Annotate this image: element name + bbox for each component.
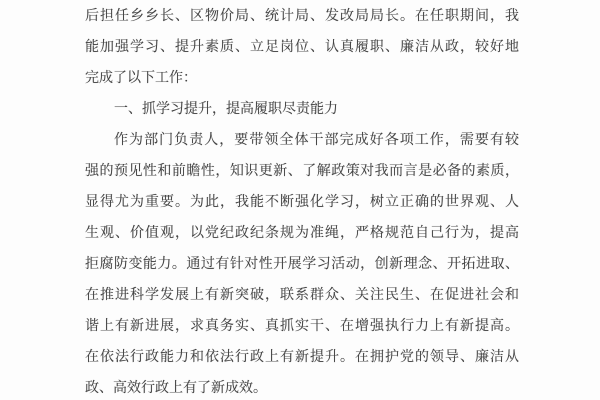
text-line: 拒腐防变能力。通过有针对性开展学习活动，创新理念、开拓进取、 [85,249,519,280]
section-heading: 一、抓学习提升，提高履职尽责能力 [85,94,519,125]
text-line: 后担任乡乡长、区物价局、统计局、发改局局长。在任职期间，我 [85,1,519,32]
text-line: 能加强学习、提升素质、立足岗位、认真履职、廉洁从政，较好地 [85,32,519,63]
document-text: 后担任乡乡长、区物价局、统计局、发改局局长。在任职期间，我 能加强学习、提升素质… [85,1,519,400]
text-line: 谐上有新进展，求真务实、真抓实干、在增强执行力上有新提高。 [85,311,519,342]
text-line: 政、高效行政上有了新成效。 [85,373,519,400]
text-line: 强的预见性和前瞻性，知识更新、了解政策对我而言是必备的素质， [85,156,519,187]
text-line: 生观、价值观，以党纪政纪条规为准绳，严格规范自己行为，提高 [85,218,519,249]
text-line: 完成了以下工作： [85,63,519,94]
text-line: 在依法行政能力和依法行政上有新提升。在拥护党的领导、廉洁从 [85,342,519,373]
text-line: 在推进科学发展上有新突破，联系群众、关注民生、在促进社会和 [85,280,519,311]
document-page: 后担任乡乡长、区物价局、统计局、发改局局长。在任职期间，我 能加强学习、提升素质… [0,0,600,400]
text-line: 显得尤为重要。为此，我能不断强化学习，树立正确的世界观、人 [85,187,519,218]
text-line: 作为部门负责人，要带领全体干部完成好各项工作，需要有较 [85,125,519,156]
